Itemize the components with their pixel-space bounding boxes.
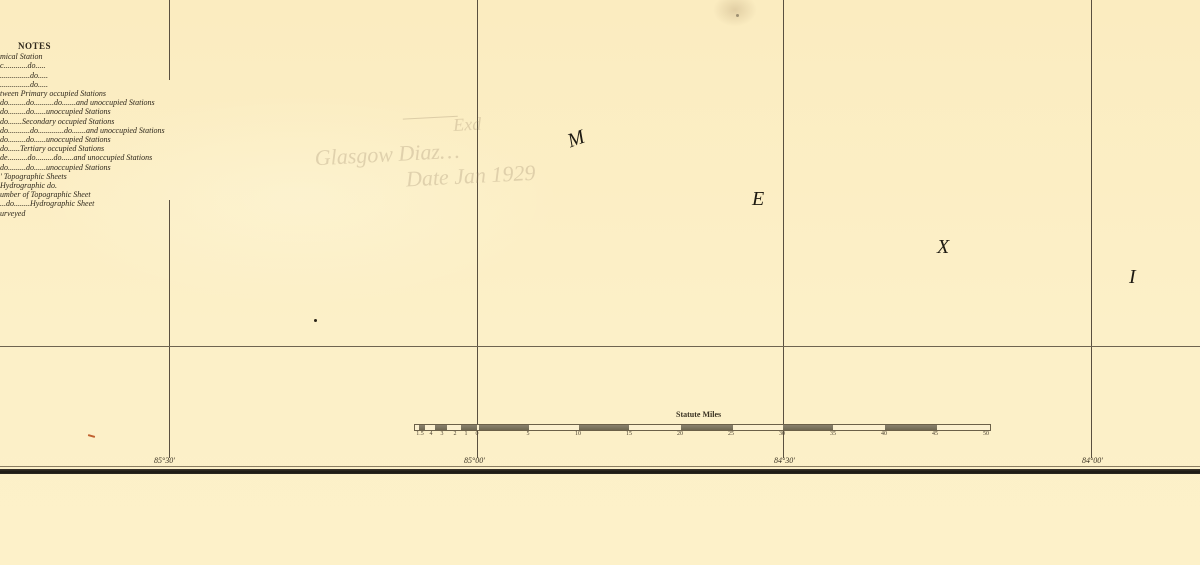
scale-tick: 10 <box>575 431 581 437</box>
notes-line: mical Station <box>0 52 230 61</box>
scale-tick: 20 <box>677 431 683 437</box>
longitude-label-84-30: 84°30' <box>774 456 795 465</box>
country-letter-e: E <box>752 188 764 211</box>
scale-tick: 5 <box>527 431 530 437</box>
notes-line: ...............do..... <box>0 80 230 89</box>
longitude-label-85-00: 85°00' <box>464 456 485 465</box>
scale-tick: 4 <box>430 431 433 437</box>
scale-tick: 1 <box>465 431 468 437</box>
scale-tick: 0 <box>476 431 479 437</box>
scale-segment <box>461 425 477 430</box>
notes-line: umber of Topographic Sheet <box>0 190 230 199</box>
scale-tick: 1.5 <box>416 431 424 437</box>
notes-line: ...............do..... <box>0 71 230 80</box>
scale-tick: 25 <box>728 431 734 437</box>
notes-line: de..........do.........do......and unocc… <box>0 153 230 162</box>
scale-title: Statute Miles <box>676 410 721 419</box>
scale-tick: 30 <box>779 431 785 437</box>
notes-line: do.........do..........do.......and unoc… <box>0 98 230 107</box>
country-letter-i: I <box>1129 266 1136 289</box>
scale-bar-track <box>414 424 991 431</box>
notes-line: do.........do......unoccupied Stations <box>0 135 230 144</box>
scale-tick: 35 <box>830 431 836 437</box>
longitude-label-84-00: 84°00' <box>1082 456 1103 465</box>
meridian-line-85-00 <box>477 0 478 458</box>
scale-tick: 2 <box>454 431 457 437</box>
neatline-outer <box>0 469 1200 474</box>
scale-segment <box>885 425 937 430</box>
neatline-inner <box>0 466 1200 467</box>
notes-line: urveyed <box>0 209 230 218</box>
scale-tick: 50 <box>983 431 989 437</box>
scale-segment <box>435 425 447 430</box>
map-speck <box>314 319 317 322</box>
scale-segment <box>419 425 425 430</box>
parallel-line <box>0 346 1200 347</box>
scale-segment <box>479 425 529 430</box>
notes-legend: NOTES mical Station c............do.....… <box>0 42 230 218</box>
scale-tick: 40 <box>881 431 887 437</box>
meridian-line-84-00 <box>1091 0 1092 458</box>
notes-line: ...do........Hydrographic Sheet <box>0 199 230 208</box>
scale-segment <box>579 425 629 430</box>
notes-line: do......Tertiary occupied Stations <box>0 144 230 153</box>
notes-line: c............do..... <box>0 61 230 70</box>
meridian-line-85-30-lower <box>169 200 170 458</box>
scale-segment <box>681 425 733 430</box>
scale-tick: 15 <box>626 431 632 437</box>
longitude-label-85-30: 85°30' <box>154 456 175 465</box>
country-letter-x: X <box>937 236 949 259</box>
map-speck <box>736 14 739 17</box>
notes-line: do...........do.............do.......and… <box>0 126 230 135</box>
notes-line: do.........do......unoccupied Stations <box>0 107 230 116</box>
meridian-line-84-30 <box>783 0 784 458</box>
notes-line: tween Primary occupied Stations <box>0 89 230 98</box>
notes-line: Hydrographic do. <box>0 181 230 190</box>
scale-segment <box>783 425 833 430</box>
scale-ticks: 1.5 4 3 2 1 0 5 10 15 20 25 30 35 40 45 … <box>414 431 990 441</box>
notes-title: NOTES <box>0 42 230 51</box>
notes-line: do.........do......unoccupied Stations <box>0 163 230 172</box>
scale-tick: 3 <box>441 431 444 437</box>
notes-line: do.......Secondary occupied Stations <box>0 117 230 126</box>
faded-annotation: Exd Glasgow Diaz… Date Jan 1929 <box>302 98 567 221</box>
scale-tick: 45 <box>932 431 938 437</box>
notes-line: ' Topographic Sheets <box>0 172 230 181</box>
